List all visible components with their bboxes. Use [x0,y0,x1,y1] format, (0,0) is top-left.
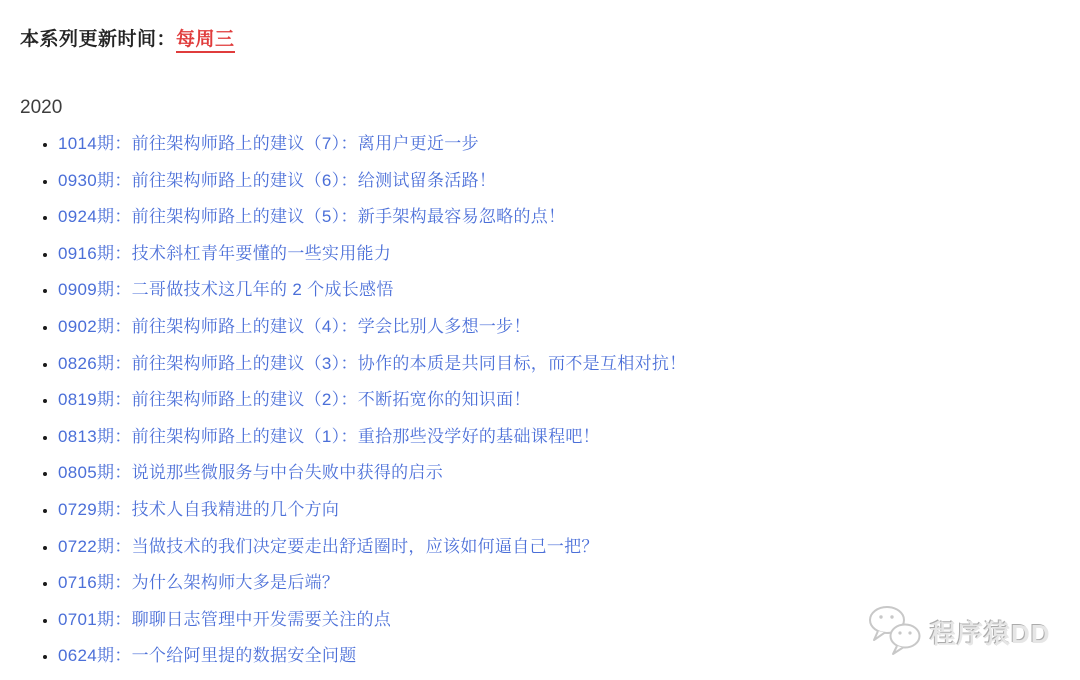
episode-link[interactable]: 0722期：当做技术的我们决定要走出舒适圈时，应该如何逼自己一把？ [58,537,599,556]
episode-link[interactable]: 0716期：为什么架构师大多是后端？ [58,573,339,592]
episode-link[interactable]: 0916期：技术斜杠青年要懂的一些实用能力 [58,244,391,263]
episode-link[interactable]: 0902期：前往架构师路上的建议（4）：学会比别人多想一步！ [58,317,531,336]
episode-link[interactable]: 0701期：聊聊日志管理中开发需要关注的点 [58,610,391,629]
list-item: 0916期：技术斜杠青年要懂的一些实用能力 [58,236,1020,273]
series-update-header: 本系列更新时间：每周三 [20,24,235,51]
wechat-bubbles-icon [866,604,924,661]
episode-link[interactable]: 0624期：一个给阿里提的数据安全问题 [58,646,357,665]
episode-link[interactable]: 0826期：前往架构师路上的建议（3）：协作的本质是共同目标，而不是互相对抗！ [58,354,686,373]
article-page: 本系列更新时间：每周三 2020 1014期：前往架构师路上的建议（7）：离用户… [0,0,1080,680]
year-heading: 2020 [20,97,62,119]
list-item: 0909期：二哥做技术这几年的 2 个成长感悟 [58,272,1020,309]
list-item: 0902期：前往架构师路上的建议（4）：学会比别人多想一步！ [58,309,1020,346]
list-item: 0722期：当做技术的我们决定要走出舒适圈时，应该如何逼自己一把？ [58,529,1020,566]
list-item: 0716期：为什么架构师大多是后端？ [58,565,1020,602]
list-item: 0813期：前往架构师路上的建议（1）：重拾那些没学好的基础课程吧！ [58,419,1020,456]
list-item: 0819期：前往架构师路上的建议（2）：不断拓宽你的知识面！ [58,382,1020,419]
list-item: 0805期：说说那些微服务与中台失败中获得的启示 [58,455,1020,492]
episode-list: 1014期：前往架构师路上的建议（7）：离用户更近一步 0930期：前往架构师路… [20,126,1020,675]
episode-link[interactable]: 0805期：说说那些微服务与中台失败中获得的启示 [58,463,443,482]
watermark: 程序猿DD [866,604,1051,661]
list-item: 1014期：前往架构师路上的建议（7）：离用户更近一步 [58,126,1020,163]
episode-link[interactable]: 0813期：前往架构师路上的建议（1）：重拾那些没学好的基础课程吧！ [58,427,600,446]
episode-link[interactable]: 1014期：前往架构师路上的建议（7）：离用户更近一步 [58,134,479,153]
list-item: 0729期：技术人自我精进的几个方向 [58,492,1020,529]
episode-link[interactable]: 0729期：技术人自我精进的几个方向 [58,500,339,519]
list-item: 0930期：前往架构师路上的建议（6）：给测试留条活路！ [58,163,1020,200]
list-item: 0924期：前往架构师路上的建议（5）：新手架构最容易忽略的点！ [58,199,1020,236]
episode-link[interactable]: 0819期：前往架构师路上的建议（2）：不断拓宽你的知识面！ [58,390,531,409]
episode-link[interactable]: 0930期：前往架构师路上的建议（6）：给测试留条活路！ [58,171,496,190]
watermark-text: 程序猿DD [930,614,1051,651]
episode-link[interactable]: 0924期：前往架构师路上的建议（5）：新手架构最容易忽略的点！ [58,207,565,226]
episode-link[interactable]: 0909期：二哥做技术这几年的 2 个成长感悟 [58,280,394,299]
update-day-highlight: 每周三 [176,29,235,53]
series-update-label: 本系列更新时间： [20,29,176,50]
list-item: 0826期：前往架构师路上的建议（3）：协作的本质是共同目标，而不是互相对抗！ [58,346,1020,383]
